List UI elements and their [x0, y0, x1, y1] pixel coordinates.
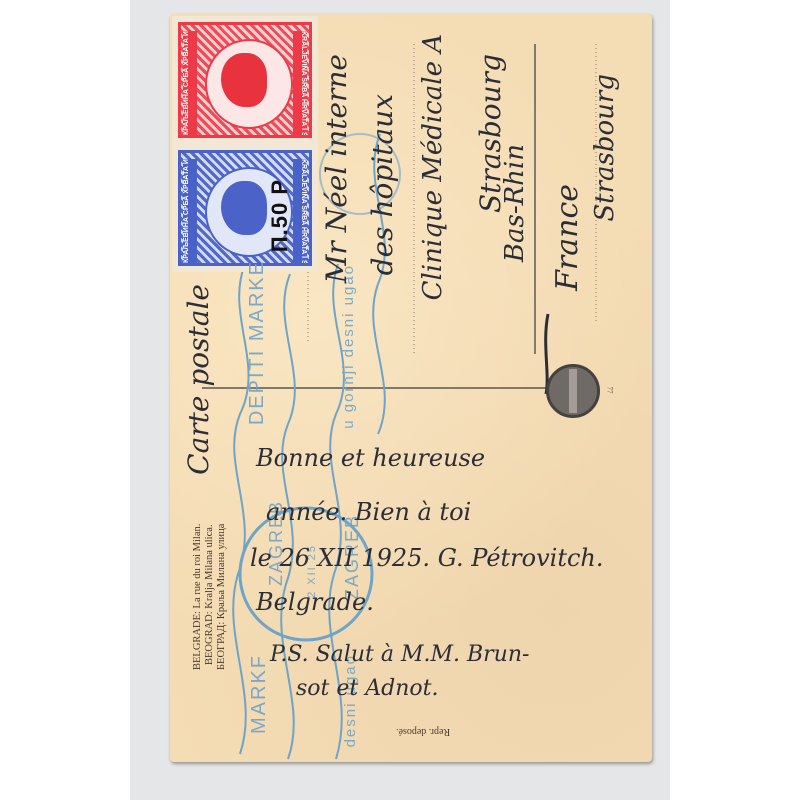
cancel-machine-left-lower: MARKF — [248, 654, 271, 734]
stamp-surcharge: П.50 Р — [267, 179, 293, 252]
message-line-3: le 26 XII 1925. G. Pétrovitch. — [250, 544, 604, 572]
stamp-red-right-text: KRALJEVINA SRBA HRVATA I SLOVENACA — [293, 31, 307, 135]
publisher-seal — [546, 364, 600, 418]
message-line-5: P.S. Salut à M.M. Brun- — [270, 642, 529, 667]
stamp-red: КРАЉЕВИНА СРБА ХРВАТА И СЛОВЕНАЦА KRALJE… — [172, 16, 318, 144]
address-line-6: France — [550, 184, 585, 291]
message-line-6: sot et Adnot. — [296, 676, 438, 701]
address-line-3: Clinique Médicale A — [418, 34, 448, 300]
stamp-red-left-text: КРАЉЕВИНА СРБА ХРВАТА И СЛОВЕНАЦА — [183, 31, 197, 135]
king-portrait — [221, 53, 267, 107]
cancel-machine-left: DEPITI MARKE — [246, 260, 269, 425]
stamp-blue-left-text: КРАЉЕВИНА СРБА ХРВАТА И СЛОВЕНАЦА — [183, 159, 197, 263]
address-line-7: Strasbourg — [590, 74, 620, 222]
address-line-1: Mr Néel interne — [320, 54, 353, 283]
postcard-back: КРАЉЕВИНА СРБА ХРВАТА И СЛОВЕНАЦА KRALJE… — [170, 14, 652, 762]
caption-french: BELGRADE: La rue du roi Milan. — [192, 524, 204, 744]
caption-serbian: BEOGRAD: Kralja Milana ulica. — [204, 524, 216, 744]
king-portrait — [221, 181, 267, 235]
stamp-blue-right-text: KRALJEVINA SRBA HRVATA I SLOVENACA — [293, 159, 307, 263]
stamp-blue: КРАЉЕВИНА СРБА ХРВАТА И СЛОВЕНАЦА KRALJE… — [172, 144, 318, 272]
card-title-handwritten: Carte postale — [182, 284, 215, 475]
message-line-2: année. Bien à toi — [266, 498, 471, 526]
message-line-1: Bonne et heureuse — [256, 444, 485, 472]
printed-caption: БЕОГРАД: Краља Милана улица BEOGRAD: Kra… — [176, 524, 238, 744]
address-line-5: Bas-Rhin — [500, 144, 530, 262]
seal-number: 77 — [606, 387, 614, 394]
message-line-4: Belgrade. — [256, 588, 374, 616]
caption-cyrillic: БЕОГРАД: Краља Милана улица — [216, 524, 228, 744]
address-line-2: des hôpitaux — [366, 94, 399, 275]
repr-depose: Repr. deposé. — [396, 726, 450, 737]
cancel-machine-mid: u gornji desni ugao — [340, 264, 357, 429]
